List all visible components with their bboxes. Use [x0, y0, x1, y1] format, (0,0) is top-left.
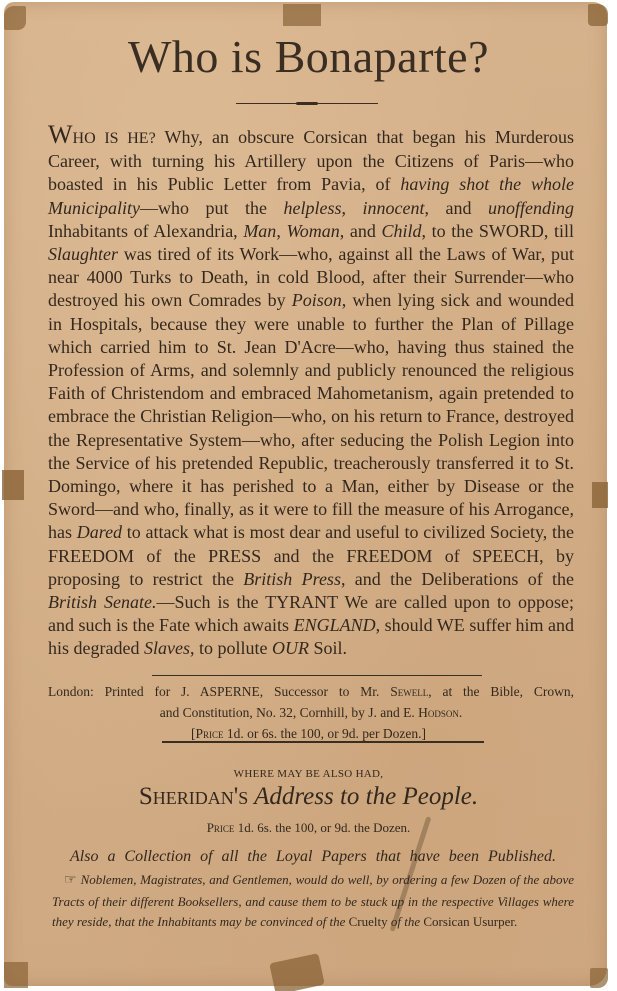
imprint-text: , at the Bible, Crown, [428, 684, 574, 699]
body-text-run: , to pollute [190, 638, 272, 658]
imprint-divider-bottom [162, 741, 484, 743]
body-text-run: , to the SWORD, till [422, 221, 574, 241]
notice-text: of the [388, 914, 424, 929]
imprint-divider-top [152, 675, 482, 676]
emphasis-text: OUR [272, 638, 309, 658]
emphasis-text: British Press [243, 569, 341, 589]
imprint-text: and Constitution, No. 32, Cornhill, by J… [160, 705, 418, 720]
body-text-run: , [342, 198, 363, 218]
body-text-run: , and the Deliberations of the [341, 569, 574, 589]
imprint-text: . [459, 705, 462, 720]
body-text-run: , and [425, 198, 489, 218]
emphasis-text: innocent [363, 198, 425, 218]
emphasis-text: Dared [77, 522, 122, 542]
main-paragraph: WHO IS HE? Why, an obscure Corsican that… [48, 126, 574, 661]
price-label: Price [207, 820, 235, 835]
emphasis-text: British Senate. [48, 592, 157, 612]
drop-cap: W [48, 120, 73, 149]
imprint-text: London: Printed for J. ASPERNE, Successo… [48, 684, 390, 699]
body-text-run: Soil. [309, 638, 347, 658]
price-label: Price [196, 726, 224, 741]
broadside: Who is Bonaparte? WHO IS HE? Why, an obs… [0, 0, 617, 991]
emphasis-text: Child [382, 221, 422, 241]
printer-name: Sewell [390, 684, 428, 699]
price-line: [Price 1d. or 6s. the 100, or 9d. per Do… [0, 726, 617, 742]
body-text-run: Inhabitants of Alexandria, [48, 221, 243, 241]
title-divider [236, 103, 378, 104]
emphasis-text: helpless [284, 198, 342, 218]
price-text: 1d. or 6s. the 100, or 9d. per Dozen.] [224, 726, 426, 741]
emphasis-text: Man [243, 221, 276, 241]
printer-name: Hodson [418, 705, 459, 720]
loyal-papers-line: Also a Collection of all the Loyal Paper… [70, 848, 556, 866]
opening-question: HO IS HE? [73, 130, 156, 147]
sheridan-price: Price 1d. 6s. the 100, or 9d. the Dozen. [0, 820, 617, 836]
imprint: London: Printed for J. ASPERNE, Successo… [48, 681, 574, 723]
body-text-run: , [276, 221, 286, 241]
emphasis-text: Woman [286, 221, 339, 241]
body-text-run: , when lying sick and wounded in Hospita… [48, 290, 574, 542]
pointing-hand-icon: ☞ [64, 871, 77, 892]
emphasis-text: unoffending [488, 198, 574, 218]
sheridan-work: Address to the People. [248, 783, 478, 810]
notice-paragraph: ☞Noblemen, Magistrates, and Gentlemen, w… [52, 870, 574, 933]
notice-text: Cruelty [349, 914, 388, 929]
notice-text: Corsican Usurper. [423, 914, 517, 929]
sheridan-title: Sheridan's Address to the People. [0, 783, 617, 811]
price-text: 1d. 6s. the 100, or 9d. the Dozen. [234, 820, 410, 835]
body-text-run: , and [340, 221, 382, 241]
emphasis-text: Slaughter [48, 244, 118, 264]
where-had-heading: WHERE MAY BE ALSO HAD, [0, 768, 617, 780]
imprint-line-1: London: Printed for J. ASPERNE, Successo… [48, 681, 574, 702]
sheridan-name: Sheridan's [139, 783, 248, 810]
emphasis-text: ENGLAND [294, 615, 376, 635]
page-title: Who is Bonaparte? [0, 30, 617, 83]
imprint-line-2: and Constitution, No. 32, Cornhill, by J… [48, 702, 574, 723]
emphasis-text: Poison [292, 290, 342, 310]
body-text-run: —who put the [140, 198, 284, 218]
emphasis-text: Slaves [144, 638, 190, 658]
